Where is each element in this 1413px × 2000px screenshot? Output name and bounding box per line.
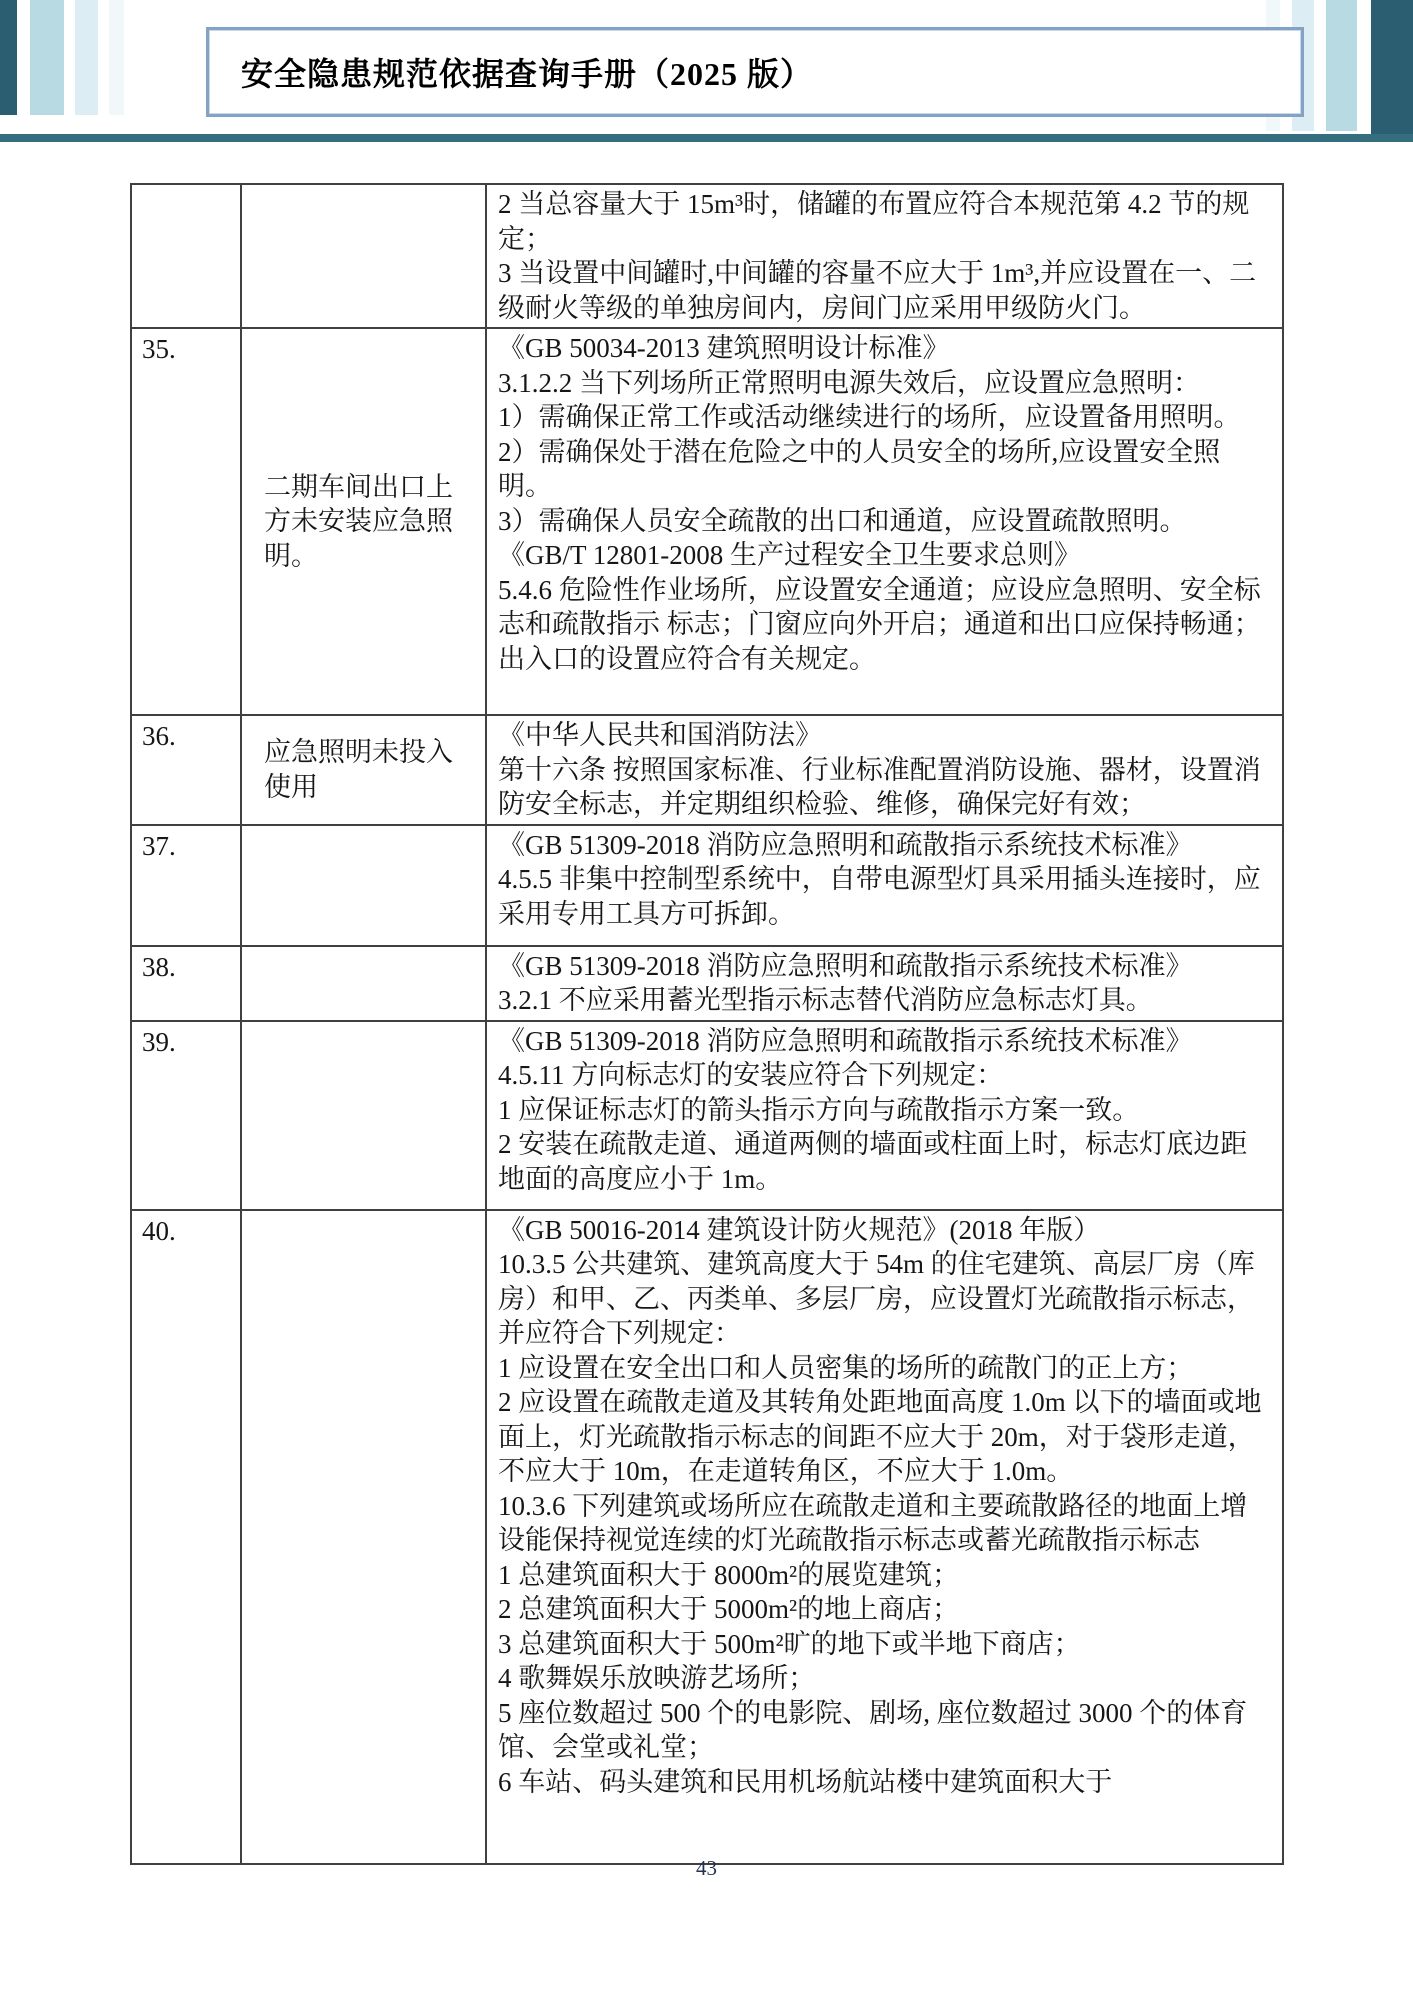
regulation-paragraph: 1 应设置在安全出口和人员密集的场所的疏散门的正上方； [498, 1351, 1268, 1386]
regulation-paragraph: 《GB 50016-2014 建筑设计防火规范》(2018 年版） [498, 1213, 1268, 1248]
row-number-cell: 35. [132, 329, 240, 714]
left-stripe-faint [109, 0, 124, 115]
row-number-cell: 40. [132, 1211, 240, 1863]
regulation-paragraph: 5.4.6 危险性作业场所，应设置安全通道；应设应急照明、安全标志和疏散指示 标… [498, 573, 1268, 677]
hazard-description-cell: 二期车间出口上方未安装应急照明。 [240, 329, 485, 714]
table-row: 2 当总容量大于 15m³时，储罐的布置应符合本规范第 4.2 节的规定；3 当… [132, 185, 1282, 327]
table-row: 36.应急照明未投入使用《中华人民共和国消防法》第十六条 按照国家标准、行业标准… [132, 714, 1282, 824]
regulation-paragraph: 2 当总容量大于 15m³时，储罐的布置应符合本规范第 4.2 节的规定； [498, 187, 1268, 256]
regulation-paragraph: 3）需确保人员安全疏散的出口和通道，应设置疏散照明。 [498, 504, 1268, 539]
left-stripe-dark [0, 0, 17, 115]
regulation-paragraph: 《GB 50034-2013 建筑照明设计标准》 [498, 331, 1268, 366]
left-stripe-light [30, 0, 64, 115]
left-stripe-pale [75, 0, 98, 115]
table-row: 38.《GB 51309-2018 消防应急照明和疏散指示系统技术标准》3.2.… [132, 945, 1282, 1020]
row-number-cell: 39. [132, 1022, 240, 1209]
regulation-paragraph: 第十六条 按照国家标准、行业标准配置消防设施、器材，设置消防安全标志，并定期组织… [498, 753, 1268, 822]
regulation-basis-cell: 《GB 51309-2018 消防应急照明和疏散指示系统技术标准》4.5.11 … [485, 1022, 1282, 1209]
regulation-paragraph: 3.2.1 不应采用蓄光型指示标志替代消防应急标志灯具。 [498, 983, 1268, 1018]
regulation-basis-cell: 《GB 51309-2018 消防应急照明和疏散指示系统技术标准》4.5.5 非… [485, 826, 1282, 945]
row-number-cell: 38. [132, 947, 240, 1020]
table-row: 40.《GB 50016-2014 建筑设计防火规范》(2018 年版）10.3… [132, 1209, 1282, 1863]
hazard-description-cell: 应急照明未投入使用 [240, 716, 485, 824]
hazard-description-cell [240, 185, 485, 327]
hazard-description-cell [240, 1022, 485, 1209]
regulation-basis-cell: 《GB 50034-2013 建筑照明设计标准》3.1.2.2 当下列场所正常照… [485, 329, 1282, 714]
regulation-paragraph: 《中华人民共和国消防法》 [498, 718, 1268, 753]
regulation-paragraph: 10.3.6 下列建筑或场所应在疏散走道和主要疏散路径的地面上增设能保持视觉连续… [498, 1489, 1268, 1558]
hazard-description-cell [240, 947, 485, 1020]
regulation-paragraph: 1）需确保正常工作或活动继续进行的场所，应设置备用照明。 [498, 400, 1268, 435]
regulation-paragraph: 3 总建筑面积大于 500m²旷的地下或半地下商店； [498, 1627, 1268, 1662]
regulation-paragraph: 《GB 51309-2018 消防应急照明和疏散指示系统技术标准》 [498, 1024, 1268, 1059]
regulation-paragraph: 2）需确保处于潜在危险之中的人员安全的场所,应设置安全照明。 [498, 435, 1268, 504]
row-number-cell [132, 185, 240, 327]
row-number-cell: 36. [132, 716, 240, 824]
regulation-paragraph: 4.5.5 非集中控制型系统中，自带电源型灯具采用插头连接时，应采用专用工具方可… [498, 862, 1268, 931]
regulation-basis-cell: 《GB 50016-2014 建筑设计防火规范》(2018 年版）10.3.5 … [485, 1211, 1282, 1863]
right-stripe-light [1326, 0, 1357, 131]
regulation-paragraph: 3.1.2.2 当下列场所正常照明电源失效后，应设置应急照明： [498, 366, 1268, 401]
regulation-paragraph: 4 歌舞娱乐放映游艺场所； [498, 1661, 1268, 1696]
page-title: 安全隐患规范依据查询手册（2025 版） [209, 49, 813, 95]
row-number-cell: 37. [132, 826, 240, 945]
regulation-paragraph: 4.5.11 方向标志灯的安装应符合下列规定： [498, 1058, 1268, 1093]
regulation-paragraph: 5 座位数超过 500 个的电影院、剧场, 座位数超过 3000 个的体育馆、会… [498, 1696, 1268, 1765]
regulation-paragraph: 6 车站、码头建筑和民用机场航站楼中建筑面积大于 [498, 1765, 1268, 1800]
header-divider-rule [0, 134, 1413, 142]
hazard-description-cell [240, 826, 485, 945]
regulation-table: 2 当总容量大于 15m³时，储罐的布置应符合本规范第 4.2 节的规定；3 当… [130, 183, 1284, 1865]
page-number: 43 [0, 1856, 1413, 1881]
hazard-description-cell [240, 1211, 485, 1863]
regulation-paragraph: 《GB 51309-2018 消防应急照明和疏散指示系统技术标准》 [498, 828, 1268, 863]
regulation-paragraph: 《GB/T 12801-2008 生产过程安全卫生要求总则》 [498, 538, 1268, 573]
regulation-paragraph: 3 当设置中间罐时,中间罐的容量不应大于 1m³,并应设置在一、二级耐火等级的单… [498, 256, 1268, 325]
header-title-box: 安全隐患规范依据查询手册（2025 版） [206, 27, 1304, 117]
regulation-paragraph: 1 总建筑面积大于 8000m²的展览建筑； [498, 1558, 1268, 1593]
regulation-basis-cell: 《GB 51309-2018 消防应急照明和疏散指示系统技术标准》3.2.1 不… [485, 947, 1282, 1020]
regulation-paragraph: 10.3.5 公共建筑、建筑高度大于 54m 的住宅建筑、高层厂房（库房）和甲、… [498, 1247, 1268, 1351]
regulation-paragraph: 2 安装在疏散走道、通道两侧的墙面或柱面上时，标志灯底边距地面的高度应小于 1m… [498, 1127, 1268, 1196]
table-row: 39.《GB 51309-2018 消防应急照明和疏散指示系统技术标准》4.5.… [132, 1020, 1282, 1209]
regulation-basis-cell: 2 当总容量大于 15m³时，储罐的布置应符合本规范第 4.2 节的规定；3 当… [485, 185, 1282, 327]
table-row: 35.二期车间出口上方未安装应急照明。《GB 50034-2013 建筑照明设计… [132, 327, 1282, 714]
regulation-basis-cell: 《中华人民共和国消防法》第十六条 按照国家标准、行业标准配置消防设施、器材，设置… [485, 716, 1282, 824]
regulation-paragraph: 《GB 51309-2018 消防应急照明和疏散指示系统技术标准》 [498, 949, 1268, 984]
right-stripe-dark [1371, 0, 1413, 140]
regulation-paragraph: 2 总建筑面积大于 5000m²的地上商店； [498, 1592, 1268, 1627]
table-row: 37.《GB 51309-2018 消防应急照明和疏散指示系统技术标准》4.5.… [132, 824, 1282, 945]
regulation-paragraph: 2 应设置在疏散走道及其转角处距地面高度 1.0m 以下的墙面或地面上，灯光疏散… [498, 1385, 1268, 1489]
regulation-paragraph: 1 应保证标志灯的箭头指示方向与疏散指示方案一致。 [498, 1093, 1268, 1128]
